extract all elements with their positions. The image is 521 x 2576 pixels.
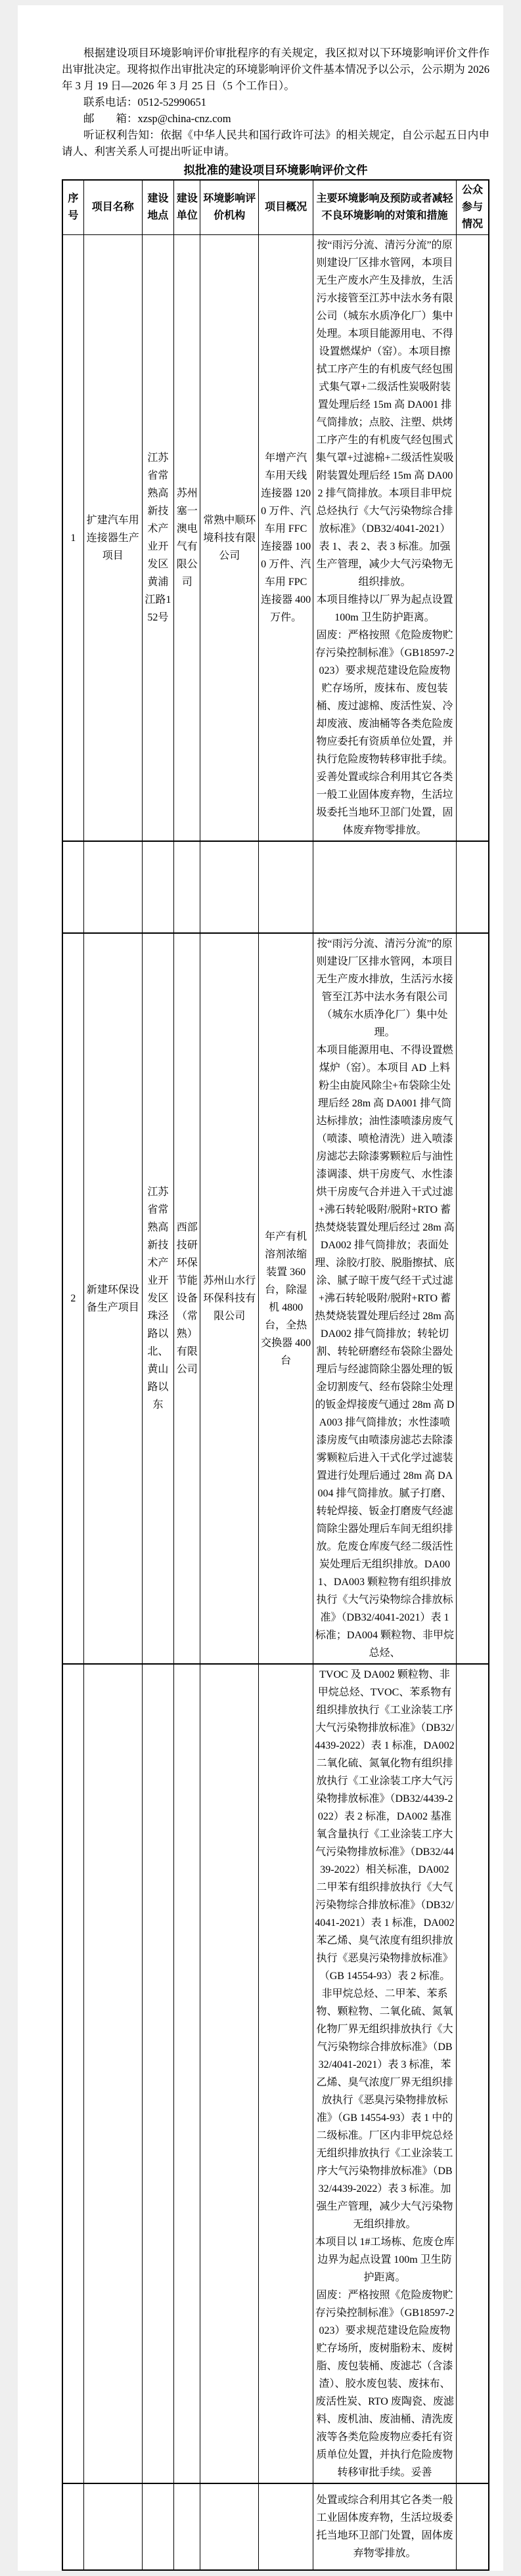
- spacer-cell: [83, 841, 142, 933]
- row2-builder: 西部技研环保节能设备（常熟）有限公司: [174, 933, 200, 1664]
- row2-eia-agency: 苏州山水行环保科技有限公司: [200, 933, 259, 1664]
- spacer-cell: [142, 841, 173, 933]
- continuation-empty-cell: [200, 2483, 259, 2570]
- intro-paragraph: 根据建设项目环境影响评价审批程序的有关规定，我区拟对以下环境影响评价文件作出审批…: [62, 45, 489, 94]
- table-row-project-2: 2 新建环保设备生产项目 江苏省常熟高新技术产业开发区珠泾路以北、黄山路以东 西…: [62, 933, 489, 1664]
- document-content: 根据建设项目环境影响评价审批程序的有关规定，我区拟对以下环境影响评价文件作出审批…: [62, 45, 489, 2571]
- continuation-empty-cell: [62, 1664, 83, 2483]
- continuation-empty-cell: [174, 1664, 200, 2483]
- table-header-row: 序号 项目名称 建设地点 建设单位 环境影响评价机构 项目概况 主要环境影响及预…: [62, 180, 489, 235]
- continuation-empty-cell: [456, 2483, 489, 2570]
- continuation-empty-cell: [62, 2483, 83, 2570]
- spacer-cell: [313, 841, 456, 933]
- continuation-empty-cell: [259, 1664, 313, 2483]
- row2-seq: 2: [62, 933, 83, 1664]
- continuation-empty-cell: [174, 2483, 200, 2570]
- page-break-spacer-row: [62, 841, 489, 933]
- continuation-empty-cell: [259, 2483, 313, 2570]
- row1-measures: 按“雨污分流、清污分流”的原则建设厂区排水管网，本项目无生产废水产生及排放，生活…: [313, 235, 456, 842]
- spacer-cell: [174, 841, 200, 933]
- spacer-cell: [259, 841, 313, 933]
- continuation-empty-cell: [200, 1664, 259, 2483]
- eia-approval-table: 序号 项目名称 建设地点 建设单位 环境影响评价机构 项目概况 主要环境影响及预…: [62, 179, 489, 2571]
- table-row-project-1: 1 扩建汽车用连接器生产项目 江苏省常熟高新技术产业开发区黄浦江路152号 苏州…: [62, 235, 489, 842]
- row2-overview: 年产有机溶剂浓缩装置 360 台，除湿机 4800 台，全热交换器 400 台: [259, 933, 313, 1664]
- continuation-empty-cell: [142, 2483, 173, 2570]
- contact-phone-line: 联系电话：0512-52990651: [62, 94, 489, 110]
- contact-email-line: 邮 箱：xzsp@china-cnz.com: [62, 110, 489, 127]
- continuation-empty-cell: [83, 2483, 142, 2570]
- row2-measures-part2: TVOC 及 DA002 颗粒物、非甲烷总烃、TVOC、苯系物有组织排放执行《工…: [313, 1664, 456, 2483]
- row2-measures-part3: 处置或综合利用其它各类一般工业固体废弃物，生活垃圾委托当地环卫部门处置，固体废弃…: [313, 2483, 456, 2570]
- continuation-empty-cell: [83, 1664, 142, 2483]
- spacer-cell: [200, 841, 259, 933]
- row1-location: 江苏省常熟高新技术产业开发区黄浦江路152号: [142, 235, 173, 842]
- table-title: 拟批准的建设项目环境影响评价文件: [62, 162, 489, 178]
- document-page: 根据建设项目环境影响评价审批程序的有关规定，我区拟对以下环境影响评价文件作出审批…: [18, 5, 503, 2571]
- header-project-name: 项目名称: [83, 180, 142, 235]
- row1-seq: 1: [62, 235, 83, 842]
- spacer-cell: [62, 841, 83, 933]
- row1-builder: 苏州塞一澳电气有限公司: [174, 235, 200, 842]
- row1-eia-agency: 常熟中顺环境科技有限公司: [200, 235, 259, 842]
- document-canvas: 根据建设项目环境影响评价审批程序的有关规定，我区拟对以下环境影响评价文件作出审批…: [0, 5, 521, 2571]
- table-row-project-2-continued-end: 处置或综合利用其它各类一般工业固体废弃物，生活垃圾委托当地环卫部门处置，固体废弃…: [62, 2483, 489, 2570]
- header-builder: 建设单位: [174, 180, 200, 235]
- row2-public-participation: [456, 933, 489, 1664]
- header-overview: 项目概况: [259, 180, 313, 235]
- spacer-cell: [456, 841, 489, 933]
- hearing-rights-notice: 听证权利告知：依据《中华人民共和国行政许可法》的相关规定，自公示起五日内申请人、…: [62, 127, 489, 160]
- header-eia-agency: 环境影响评价机构: [200, 180, 259, 235]
- header-public-participation: 公众参与情况: [456, 180, 489, 235]
- continuation-empty-cell: [142, 1664, 173, 2483]
- row2-measures-part1: 按“雨污分流、清污分流”的原则建设厂区排水管网，本项目无生产废水排放，生活污水接…: [313, 933, 456, 1664]
- table-row-project-2-continued: TVOC 及 DA002 颗粒物、非甲烷总烃、TVOC、苯系物有组织排放执行《工…: [62, 1664, 489, 2483]
- row2-location: 江苏省常熟高新技术产业开发区珠泾路以北、黄山路以东: [142, 933, 173, 1664]
- row1-project-name: 扩建汽车用连接器生产项目: [83, 235, 142, 842]
- header-seq: 序号: [62, 180, 83, 235]
- continuation-empty-cell: [456, 1664, 489, 2483]
- header-location: 建设地点: [142, 180, 173, 235]
- row2-project-name: 新建环保设备生产项目: [83, 933, 142, 1664]
- row1-overview: 年增产汽车用天线连接器 1200 万件、汽车用 FFC 连接器 1000 万件、…: [259, 235, 313, 842]
- row1-public-participation: [456, 235, 489, 842]
- header-measures: 主要环境影响及预防或者减轻不良环境影响的对策和措施: [313, 180, 456, 235]
